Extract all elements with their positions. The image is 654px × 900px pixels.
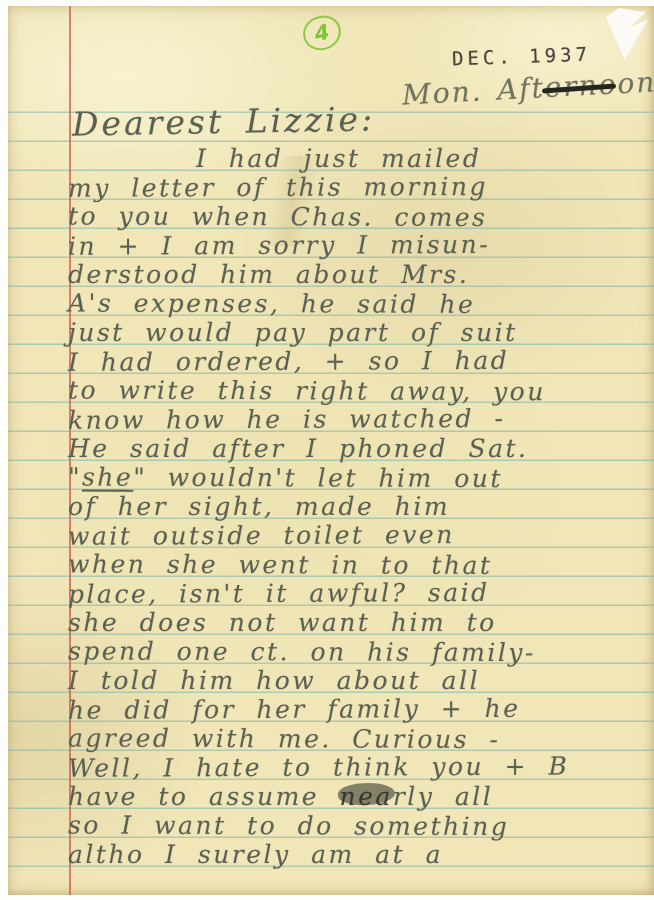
- paper-tear: [606, 8, 648, 60]
- line-text: place, isn't it awful? said: [68, 578, 490, 609]
- line-text: he did for her family + he: [68, 694, 521, 725]
- line-text: " wouldn't let him out: [133, 463, 503, 493]
- letter-line: know how he is watched -: [68, 403, 648, 435]
- letter-line: I told him how about all: [68, 666, 648, 695]
- line-text: have to assume: [68, 782, 340, 811]
- line-text: altho I surely am at a: [68, 840, 443, 869]
- line-text: wait outside toilet even: [68, 520, 455, 551]
- scribbled-word: nea: [340, 782, 393, 811]
- page-number-stamp: 4: [300, 12, 344, 53]
- line-text: Well, I hate to think you + B: [68, 752, 569, 783]
- letter-line: in + I am sorry I misun-: [68, 229, 648, 261]
- line-text: to write this right away, you: [68, 375, 546, 406]
- letter-line: I had ordered, + so I had: [68, 345, 648, 377]
- letter-line: he did for her family + he: [68, 693, 648, 725]
- line-text: know how he is watched -: [68, 404, 506, 435]
- line-text: I told him how about all: [68, 666, 480, 695]
- line-text: my letter of this morning: [68, 172, 488, 203]
- line-text: in + I am sorry I misun-: [68, 230, 490, 261]
- letter-line: "she" wouldn't let him out: [68, 462, 648, 493]
- line-text: derstood him about Mrs.: [68, 260, 469, 289]
- letter-line: derstood him about Mrs.: [68, 260, 648, 289]
- letter-line: when she went in to that: [68, 549, 648, 580]
- line-text: He said after I phoned Sat.: [68, 434, 528, 463]
- salutation: Dearest Lizzie:: [72, 99, 376, 143]
- letter-line: wait outside toilet even: [68, 519, 648, 551]
- line-text: to you when Chas. comes: [68, 201, 487, 231]
- letter-page: 4 DEC. 1937 Mon. Afternoon Dearest Lizzi…: [8, 6, 654, 895]
- letter-line: to write this right away, you: [68, 375, 648, 406]
- letter-line: A's expenses, he said he: [68, 288, 648, 319]
- line-text: of her sight, made him: [68, 492, 450, 521]
- letter-body: I had just mailed my letter of this morn…: [68, 144, 648, 869]
- underlined-word: she: [82, 463, 133, 492]
- line-text: I had ordered, + so I had: [68, 346, 509, 377]
- letter-line: have to assume nearly all: [68, 782, 648, 811]
- letter-line: so I want to do something: [68, 810, 648, 841]
- page-number: 4: [312, 20, 331, 47]
- line-text: she does not want him to: [68, 608, 497, 637]
- letter-line: just would pay part of suit: [68, 318, 648, 347]
- line-text: A's expenses, he said he: [68, 288, 475, 318]
- letter-line: altho I surely am at a: [68, 840, 648, 869]
- letter-line: of her sight, made him: [68, 492, 648, 521]
- letter-line: my letter of this morning: [68, 171, 648, 203]
- letter-line: He said after I phoned Sat.: [68, 434, 648, 463]
- letter-line: Well, I hate to think you + B: [68, 751, 648, 783]
- letter-line: spend one ct. on his family-: [68, 636, 648, 667]
- line-text: agreed with me. Curious -: [68, 723, 500, 754]
- line-text: so I want to do something: [68, 810, 509, 841]
- line-text: spend one ct. on his family-: [68, 636, 536, 667]
- letter-line: agreed with me. Curious -: [68, 723, 648, 754]
- letter-line: place, isn't it awful? said: [68, 577, 648, 609]
- line-text: ": [68, 462, 82, 491]
- line-text: when she went in to that: [68, 549, 493, 579]
- line-text: just would pay part of suit: [68, 318, 518, 347]
- letter-line: to you when Chas. comes: [68, 201, 648, 232]
- scan-background: 4 DEC. 1937 Mon. Afternoon Dearest Lizzi…: [0, 0, 654, 900]
- letter-line: I had just mailed: [68, 144, 648, 173]
- line-text: rly all: [393, 782, 493, 811]
- date-stamp: DEC. 1937: [452, 44, 592, 71]
- letter-line: she does not want him to: [68, 608, 648, 637]
- line-text: I had just mailed: [196, 144, 481, 173]
